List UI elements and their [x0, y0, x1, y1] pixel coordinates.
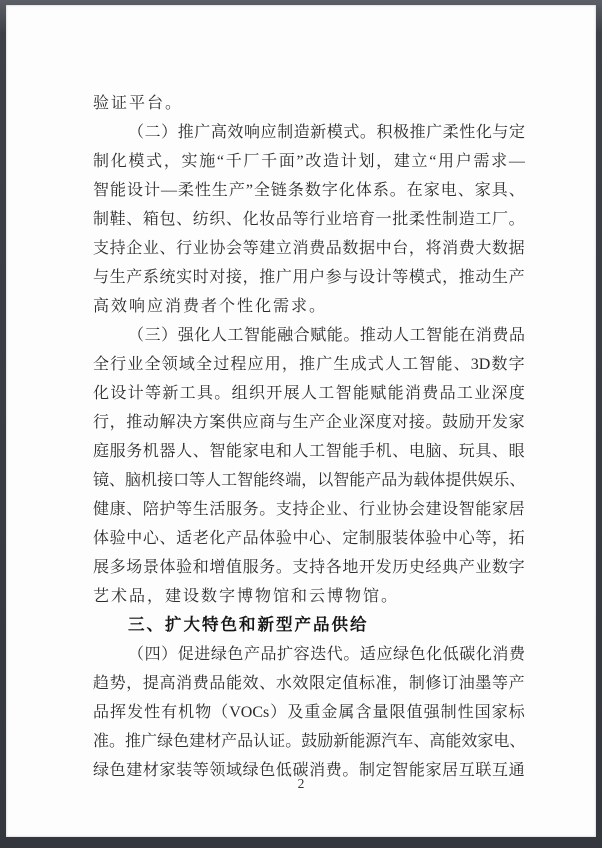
text-line: 体验中心、适老化产品体验中心、定制服装体验中心等，拓: [93, 524, 525, 553]
text-line: （二）推广高效响应制造新模式。积极推广柔性化与定: [93, 118, 525, 147]
page-number: 2: [6, 776, 596, 792]
text-line: （四）促进绿色产品扩容迭代。适应绿色化低碳化消费: [93, 640, 525, 669]
text-line: 镜、脑机接口等人工智能终端，以智能产品为载体提供娱乐、: [93, 466, 525, 495]
text-line: 品挥发性有机物（VOCs）及重金属含量限值强制性国家标: [93, 698, 525, 727]
document-body: 验证平台。（二）推广高效响应制造新模式。积极推广柔性化与定制化模式，实施“千厂千…: [93, 89, 525, 785]
text-line: 制化模式，实施“千厂千面”改造计划，建立“用户需求—: [93, 147, 525, 176]
text-line: （三）强化人工智能融合赋能。推动人工智能在消费品: [93, 321, 525, 350]
text-line: 准。推广绿色建材产品认证。鼓励新能源汽车、高能效家电、: [93, 727, 525, 756]
text-line: 健康、陪护等生活服务。支持企业、行业协会建设智能家居: [93, 495, 525, 524]
text-line: 验证平台。: [93, 89, 525, 118]
document-page: 验证平台。（二）推广高效响应制造新模式。积极推广柔性化与定制化模式，实施“千厂千…: [6, 5, 596, 837]
text-line: 全行业全领域全过程应用，推广生成式人工智能、3D数字: [93, 350, 525, 379]
text-line: 化设计等新工具。组织开展人工智能赋能消费品工业深度: [93, 379, 525, 408]
text-line: 与生产系统实时对接，推广用户参与设计等模式，推动生产: [93, 263, 525, 292]
scan-background: 验证平台。（二）推广高效响应制造新模式。积极推广柔性化与定制化模式，实施“千厂千…: [0, 0, 602, 848]
text-line: 制鞋、箱包、纺织、化妆品等行业培育一批柔性制造工厂。: [93, 205, 525, 234]
text-line: 趋势，提高消费品能效、水效限定值标准，制修订油墨等产: [93, 669, 525, 698]
text-line: 高效响应消费者个性化需求。: [93, 292, 525, 321]
text-line: 庭服务机器人、智能家电和人工智能手机、电脑、玩具、眼: [93, 437, 525, 466]
text-line: 支持企业、行业协会等建立消费品数据中台，将消费大数据: [93, 234, 525, 263]
text-line: 智能设计—柔性生产”全链条数字化体系。在家电、家具、: [93, 176, 525, 205]
text-line: 艺术品，建设数字博物馆和云博物馆。: [93, 582, 525, 611]
text-line: 展多场景体验和增值服务。支持各地开发历史经典产业数字: [93, 553, 525, 582]
text-line: 行，推动解决方案供应商与生产企业深度对接。鼓励开发家: [93, 408, 525, 437]
section-heading: 三、扩大特色和新型产品供给: [93, 611, 525, 640]
